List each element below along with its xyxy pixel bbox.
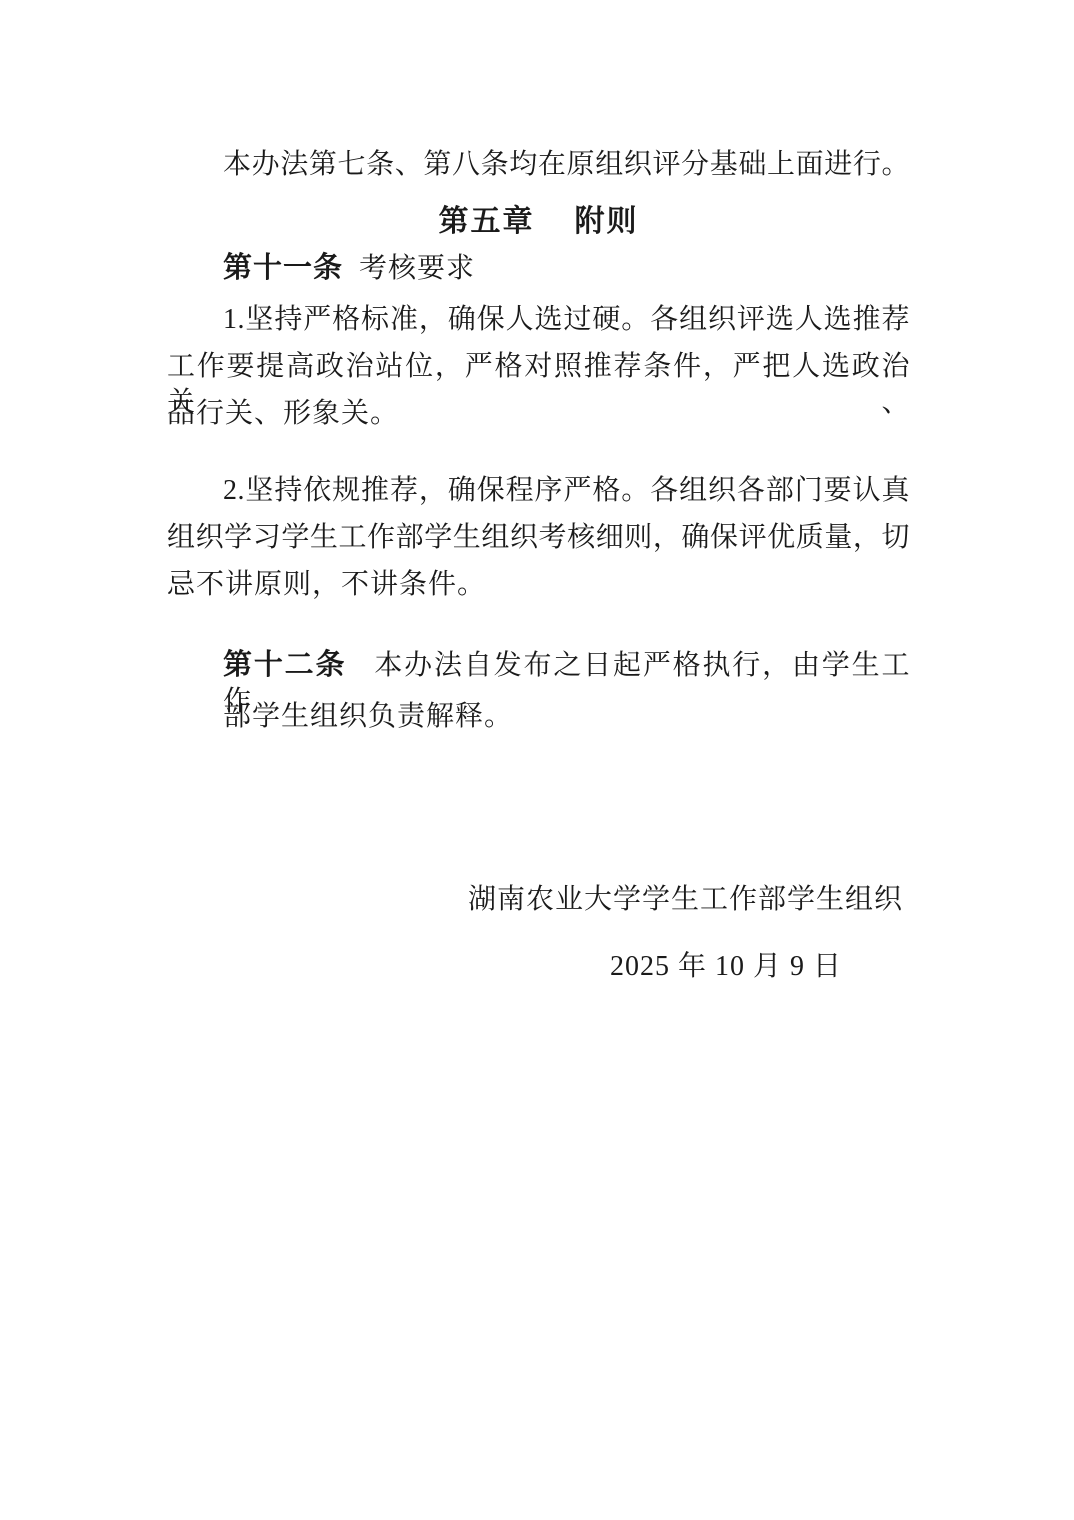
signature-org: 湖南农业大学学生工作部学生组织	[167, 882, 903, 918]
article-12-line-2: 部学生组织负责解释。	[223, 699, 513, 735]
chapter-number: 第五章	[439, 205, 535, 238]
intro-sentence: 本办法第七条、第八条均在原组织评分基础上面进行。	[223, 147, 910, 183]
point2-line-3: 忌不讲原则，不讲条件。	[167, 567, 486, 603]
signature-date: 2025 年 10 月 9 日	[167, 949, 842, 985]
point1-line-1: 1.坚持严格标准，确保人选过硬。各组织评选人选推荐	[223, 302, 910, 338]
chapter-heading: 第五章附则	[167, 203, 910, 241]
chapter-title: 附则	[575, 205, 639, 238]
article-11-heading-row: 第十一条考核要求	[223, 250, 475, 287]
article-12-label: 第十二条	[223, 649, 346, 681]
article-11-heading: 考核要求	[359, 253, 475, 284]
point1-line-3: 品行关、形象关。	[167, 396, 399, 432]
point2-line-2: 组织学习学生工作部学生组织考核细则，确保评优质量，切	[167, 520, 910, 556]
point2-line-1: 2.坚持依规推荐，确保程序严格。各组织各部门要认真	[223, 473, 910, 509]
document-page: 本办法第七条、第八条均在原组织评分基础上面进行。 第五章附则 第十一条考核要求 …	[0, 0, 1074, 1520]
article-11-label: 第十一条	[223, 252, 343, 284]
